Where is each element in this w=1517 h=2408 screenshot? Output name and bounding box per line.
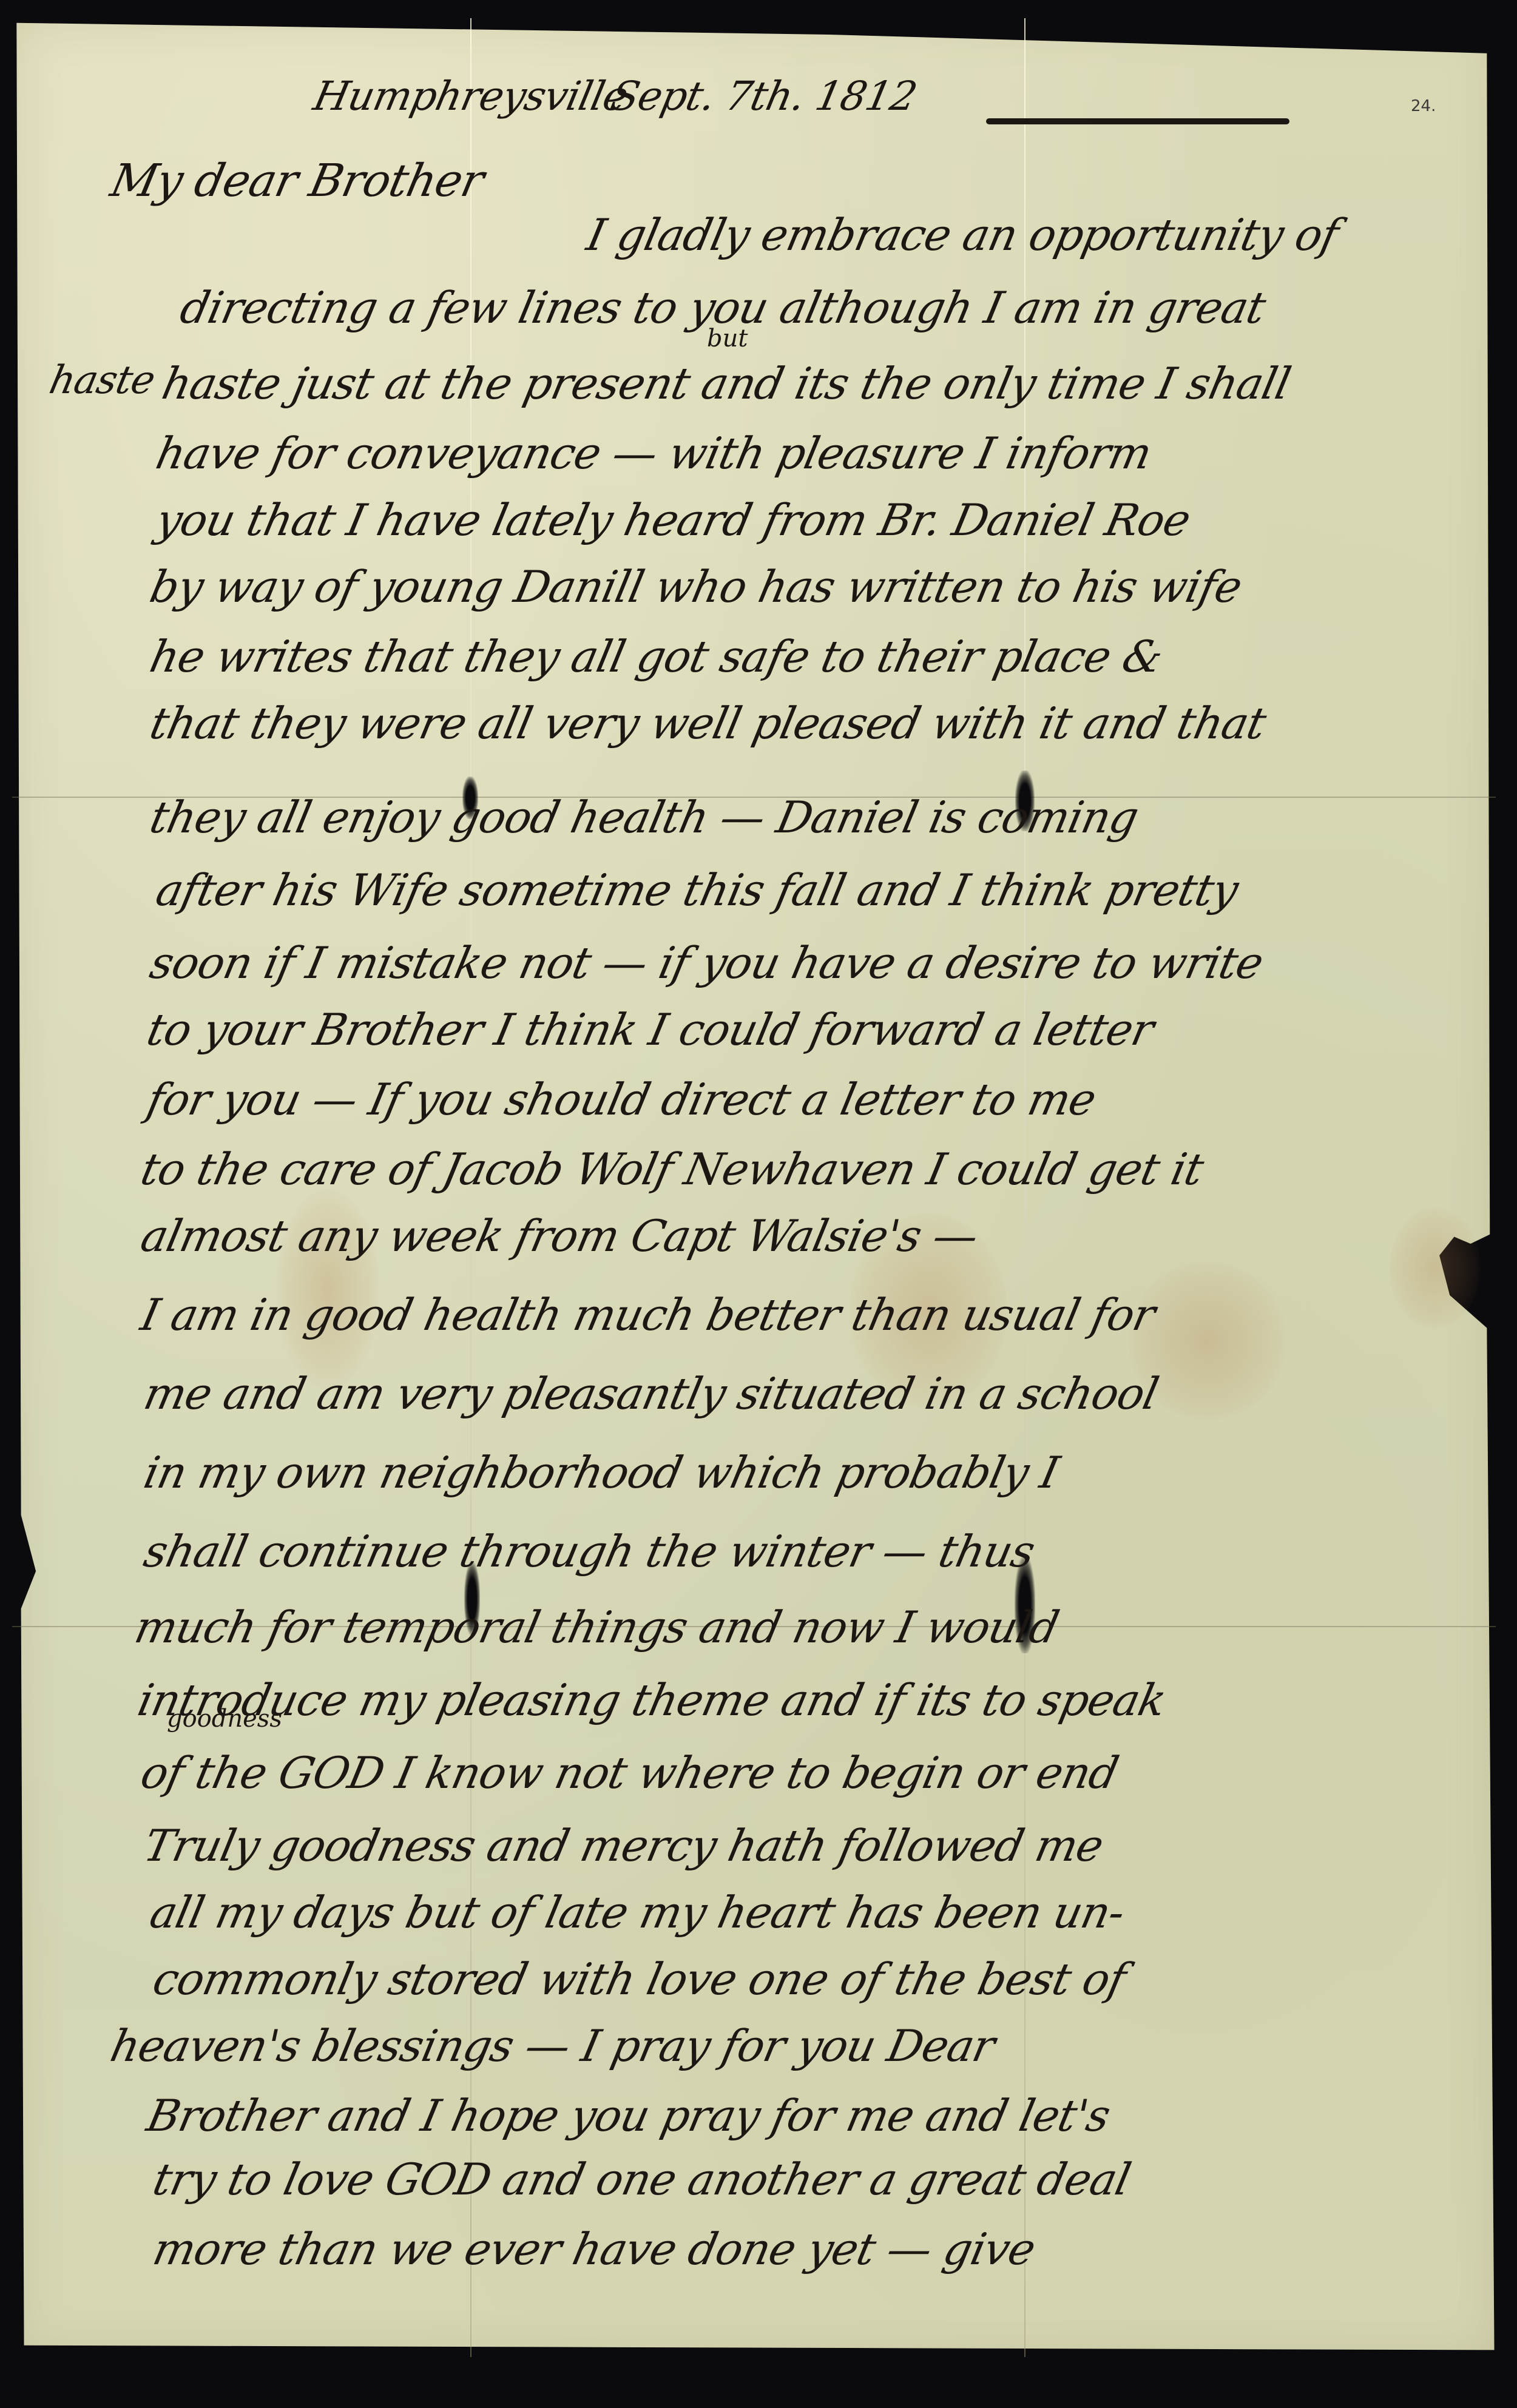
letter-line-14: to the care of Jacob Wolf Newhaven I cou…: [137, 1144, 1208, 1195]
letter-line-13: for you — If you should direct a letter …: [143, 1074, 1100, 1125]
letter-line-18: in my own neighborhood which probably I: [140, 1447, 1063, 1498]
letter-line-24: all my days but of late my heart has bee…: [146, 1887, 1129, 1938]
letter-date: Sept. 7th. 1812: [607, 73, 921, 120]
letter-line-12: to your Brother I think I could forward …: [143, 1004, 1158, 1055]
letter-line-3: haste just at the present and its the on…: [158, 358, 1295, 409]
letter-line-26: heaven's blessings — I pray for you Dear: [106, 2020, 999, 2071]
letter-line-21: introduce my pleasing theme and if its t…: [133, 1674, 1171, 1725]
letter-line-22: of the GOD I know not where to begin or …: [137, 1747, 1123, 1798]
heading-flourish: [986, 118, 1289, 124]
insertion-but: but: [707, 325, 748, 352]
letter-line-29: more than we ever have done yet — give: [149, 2224, 1039, 2275]
letter-line-7: he writes that they all got safe to thei…: [146, 631, 1167, 682]
insertion-goodness: goodness: [167, 1705, 282, 1733]
letter-line-10: after his Wife sometime this fall and I …: [152, 865, 1242, 916]
letter-line-15: almost any week from Capt Walsie's —: [137, 1210, 982, 1261]
letter-line-8: that they were all very well pleased wit…: [146, 698, 1270, 749]
letter-line-17: me and am very pleasantly situated in a …: [140, 1368, 1163, 1419]
letter-line-11: soon if I mistake not — if you have a de…: [146, 937, 1268, 988]
letter-line-4: have for conveyance — with pleasure I in…: [152, 428, 1156, 479]
margin-note-haste: haste: [46, 358, 159, 403]
letter-line-5: you that I have lately heard from Br. Da…: [152, 494, 1195, 545]
letter-line-28: try to love GOD and one another a great …: [149, 2154, 1135, 2205]
letter-line-19: shall continue through the winter — thus: [140, 1526, 1039, 1577]
letter-line-25: commonly stored with love one of the bes…: [149, 1954, 1130, 2005]
letter-line-1: I gladly embrace an opportunity of: [583, 209, 1343, 260]
letter-line-9: they all enjoy good health — Daniel is c…: [146, 792, 1143, 843]
folio-number: 24.: [1411, 97, 1436, 115]
salutation: My dear Brother: [106, 155, 488, 207]
letter-line-23: Truly goodness and mercy hath followed m…: [140, 1820, 1107, 1871]
letter-line-20: much for temporal things and now I would: [130, 1602, 1063, 1653]
letter-place: Humphreysville: [309, 73, 632, 120]
foxing-stain: [1390, 1207, 1481, 1329]
letter-line-16: I am in good health much better than usu…: [137, 1289, 1160, 1340]
letter-line-27: Brother and I hope you pray for me and l…: [143, 2090, 1115, 2141]
letter-line-6: by way of young Danill who has written t…: [146, 561, 1246, 612]
